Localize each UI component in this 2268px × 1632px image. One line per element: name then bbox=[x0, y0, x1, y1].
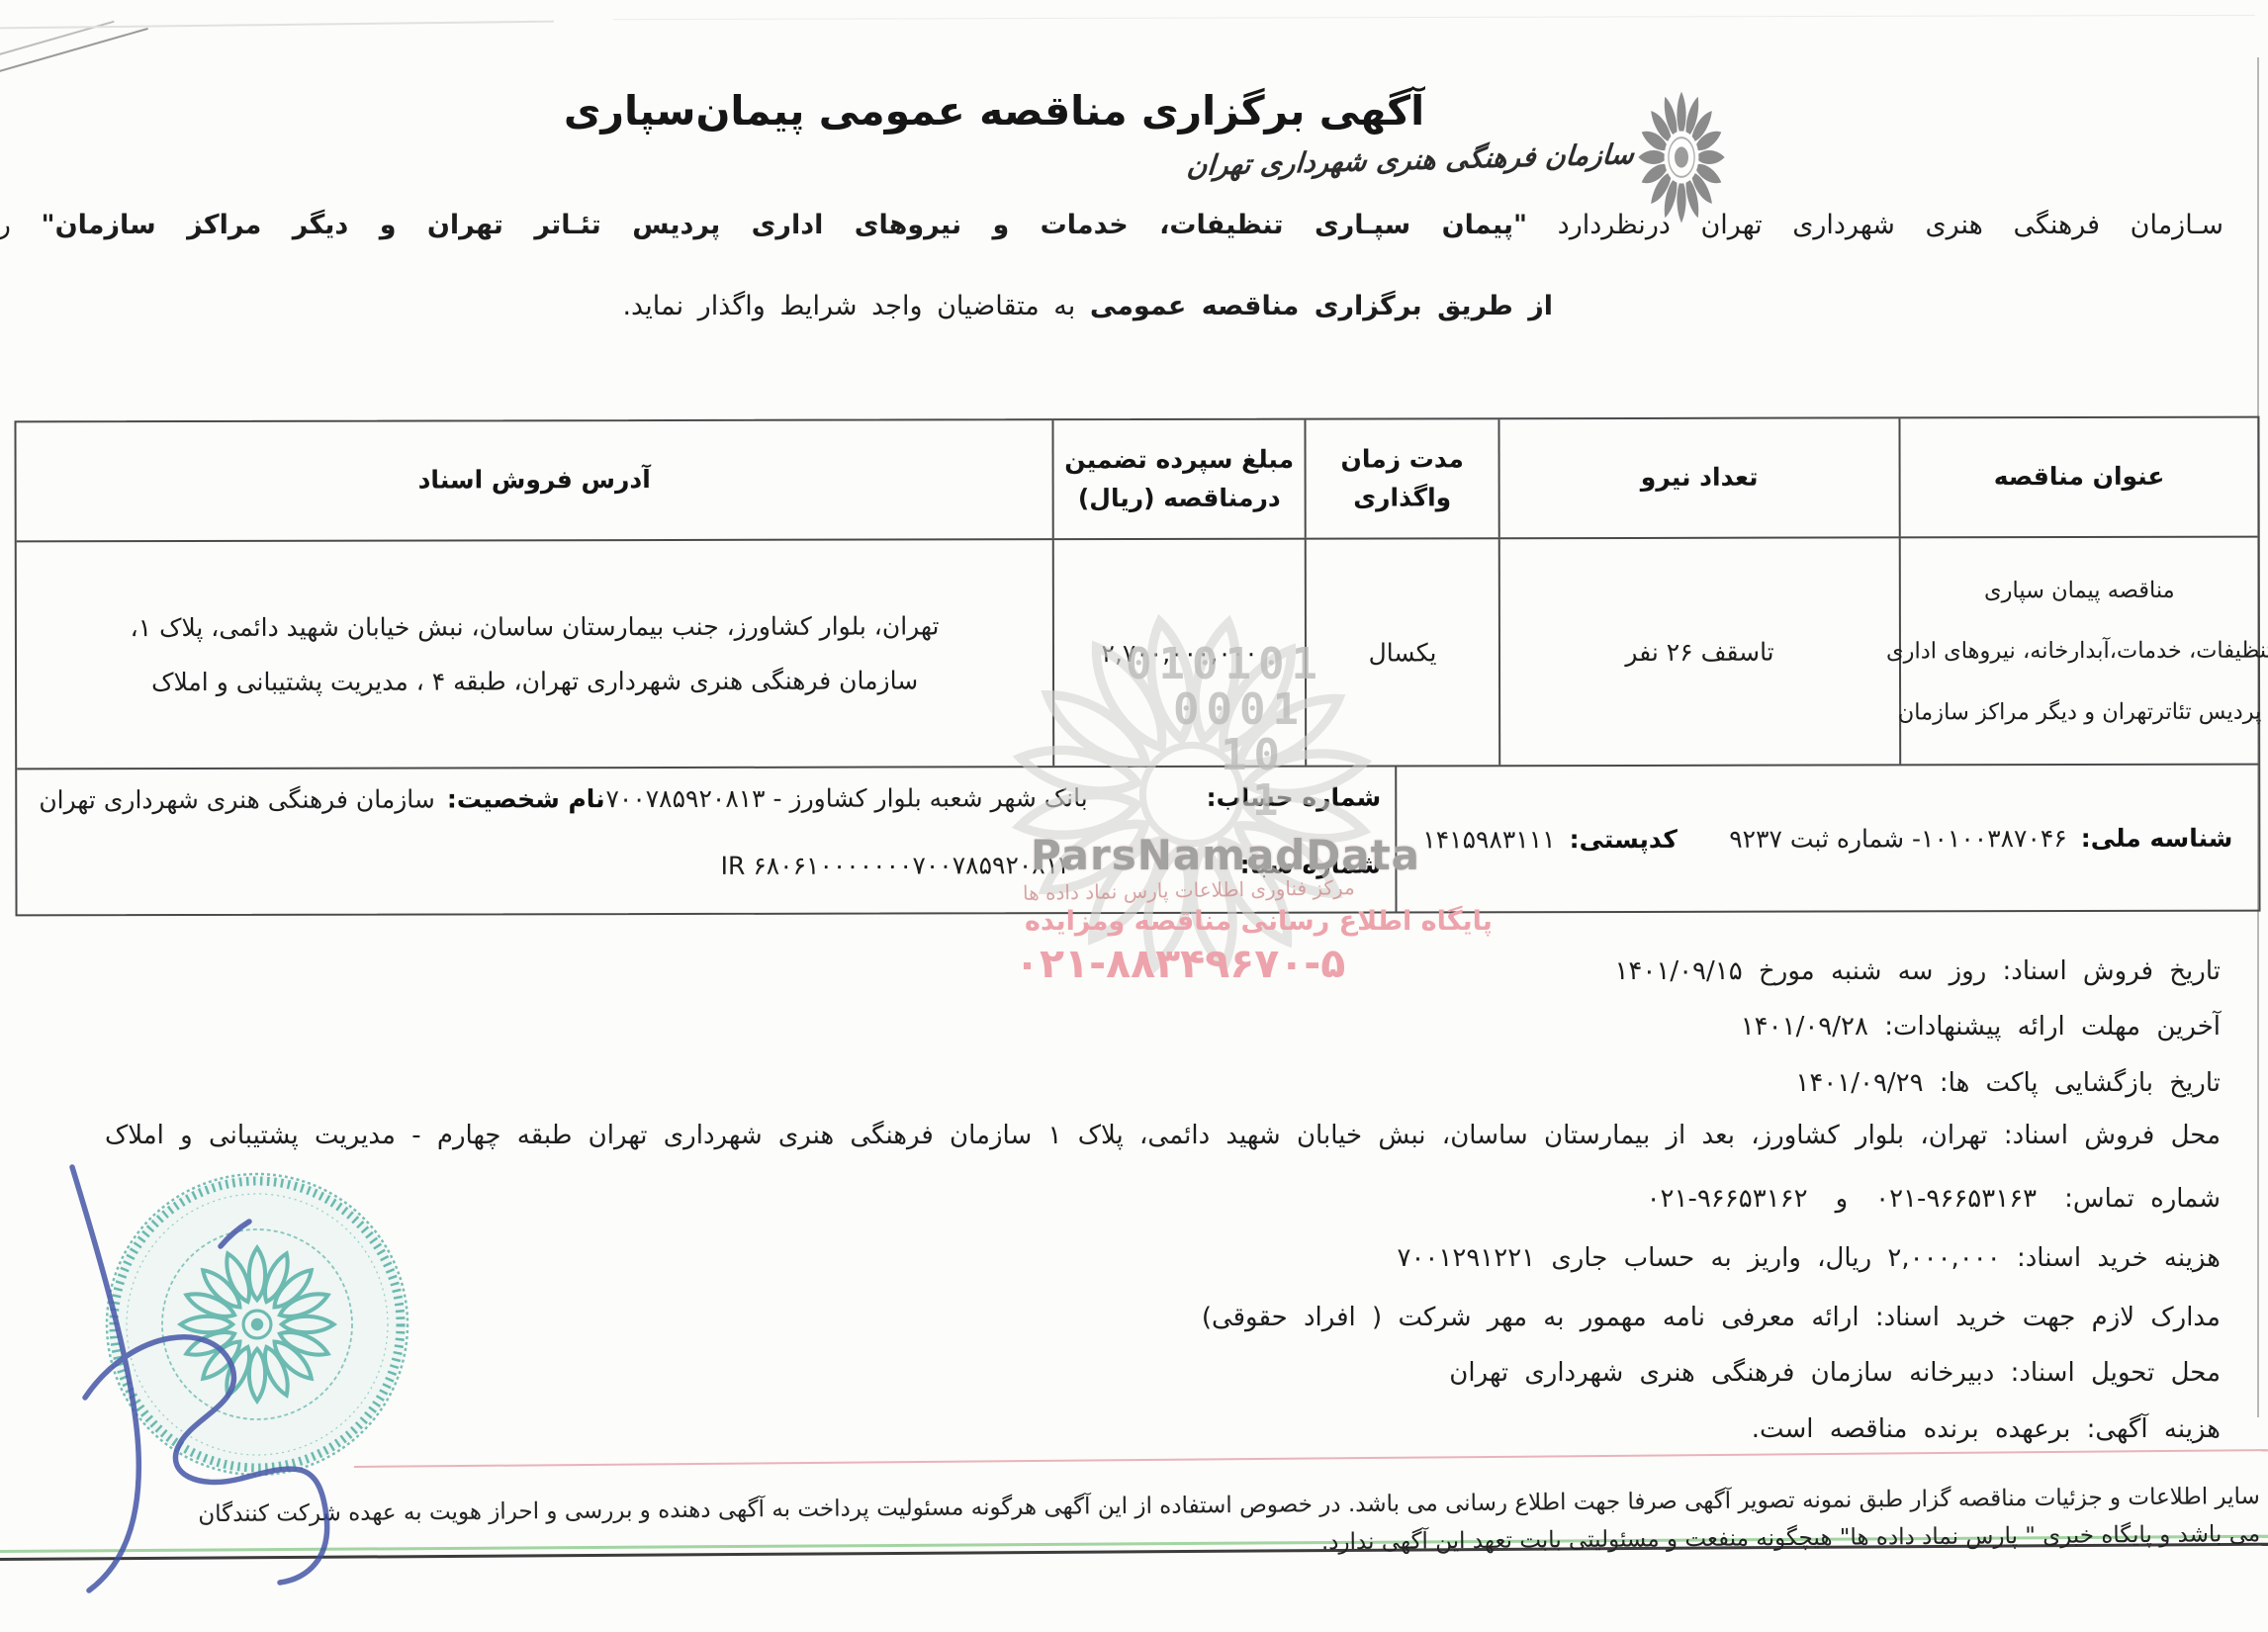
national-id: شناسه ملی: ۱۰۱۰۰۳۸۷۰۴۶- شماره ثبت ۹۲۳۷ bbox=[1729, 823, 2232, 853]
contact-conjunction: و bbox=[1836, 1177, 1849, 1221]
table-data-row: مناقصه پیمان سپاری تنظیفات، خدمات،آبدارخ… bbox=[17, 538, 2258, 771]
cell-duration: یکسال bbox=[1305, 539, 1498, 765]
account-number-label: شماره حساب: bbox=[1207, 782, 1382, 811]
table-footer-row: شناسه ملی: ۱۰۱۰۰۳۸۷۰۴۶- شماره ثبت ۹۲۳۷ ک… bbox=[17, 766, 2258, 915]
scan-artifact-line bbox=[613, 15, 2255, 20]
cell-staff-count: تاسقف ۲۶ نفر bbox=[1498, 538, 1899, 765]
detail-delivery-location: محل تحویل اسناد: دبیرخانه سازمان فرهنگی … bbox=[1449, 1351, 2221, 1395]
contact-phone-1: ۰۲۱-۹۶۶۵۳۱۶۳ bbox=[1875, 1177, 2037, 1221]
sheba-value: IR ۶۸۰۶۱۰۰۰۰۰۰۰۷۰۰۷۸۵۹۲۰۸۱۳ bbox=[721, 851, 1072, 880]
contact-phone-2: ۰۲۱-۹۶۶۵۳۱۶۲ bbox=[1647, 1177, 1808, 1221]
postal-code-value: ۱۴۱۵۹۸۳۱۱۱ bbox=[1422, 825, 1555, 854]
national-id-label: شناسه ملی: bbox=[2081, 823, 2233, 852]
docs-address-line: تهران، بلوار کشاورز، جنب بیمارستان ساسان… bbox=[131, 611, 940, 642]
official-stamp-and-signature: سازمان فرهنگی هنری شهرداری تهران bbox=[28, 1126, 497, 1598]
table-header-row: عنوان مناقصه تعداد نیرو مدت زمان واگذاری… bbox=[16, 418, 2257, 543]
intro-line1-bold: "پیمان سپـاری تنظیفات، خدمات و نیروهای ا… bbox=[42, 210, 1528, 240]
intro-line2-bold: از طریق برگزاری مناقصه عمومی bbox=[1090, 291, 1553, 321]
contact-label: شماره تماس: bbox=[2064, 1177, 2221, 1221]
cell-docs-address: تهران، بلوار کشاورز، جنب بیمارستان ساسان… bbox=[17, 540, 1053, 768]
account-number: شماره حساب: بانک شهر شعبه بلوار کشاورز -… bbox=[605, 782, 1381, 813]
detail-purchase-cost: هزینه خرید اسناد: ۲,۰۰۰,۰۰۰ ریال، واریز … bbox=[1398, 1236, 2222, 1280]
footer-bank-cell: شماره حساب: بانک شهر شعبه بلوار کشاورز -… bbox=[17, 767, 1395, 914]
intro-line-2: از طریق برگزاری مناقصه عمومی به متقاضیان… bbox=[682, 291, 1553, 321]
account-number-value: بانک شهر شعبه بلوار کشاورز - ۷۰۰۷۸۵۹۲۰۸۱… bbox=[605, 783, 1087, 813]
intro-line-1: سـازمان فرهنگی هنری شهرداری تهران درنظرد… bbox=[0, 210, 2223, 240]
detail-sale-date: تاریخ فروش اسناد: روز سه شنبه مورخ ۱۴۰۱/… bbox=[1614, 950, 2221, 993]
page-title: آگهی برگزاری مناقصه عمومی پیمان‌سپاری bbox=[554, 87, 1434, 135]
detail-deadline: آخرین مهلت ارائه پیشنهادات: ۱۴۰۱/۰۹/۲۸ bbox=[1741, 1005, 2221, 1048]
intro-line1-post: را به مشروح ذیل bbox=[0, 210, 42, 240]
national-id-value: ۱۰۱۰۰۳۸۷۰۴۶- شماره ثبت ۹۲۳۷ bbox=[1729, 824, 2067, 854]
org-wordmark-calligraphy: سازمان فرهنگی هنری شهرداری تهران bbox=[1275, 137, 1635, 205]
tender-title-line: تنظیفات، خدمات،آبدارخانه، نیروهای اداری bbox=[1886, 638, 2268, 665]
header-duration: مدت زمان واگذاری bbox=[1305, 419, 1498, 537]
intro-line1-pre: سـازمان فرهنگی هنری شهرداری تهران درنظرد… bbox=[1527, 210, 2223, 240]
docs-address-line: سازمان فرهنگی هنری شهرداری تهران، طبقه ۴… bbox=[151, 666, 918, 696]
footer-bank-line1: شماره حساب: بانک شهر شعبه بلوار کشاورز -… bbox=[17, 782, 1395, 814]
org-flower-logo-icon bbox=[1634, 85, 1729, 229]
postal-code: کدپستی: ۱۴۱۵۹۸۳۱۱۱ bbox=[1422, 824, 1678, 854]
postal-code-label: کدپستی: bbox=[1570, 824, 1678, 853]
header-tender-title: عنوان مناقصه bbox=[1898, 418, 2257, 537]
detail-opening-date: تاریخ بازگشایی پاکت ها: ۱۴۰۱/۰۹/۲۹ bbox=[1795, 1061, 2221, 1105]
detail-ad-cost: هزینه آگهی: برعهده برنده مناقصه است. bbox=[1752, 1407, 2221, 1451]
watermark-phone: ۰۲۱-۸۸۳۴۹۶۷۰-۵ bbox=[1015, 940, 1345, 987]
scan-artifact-line bbox=[0, 21, 554, 29]
header-staff-count: تعداد نیرو bbox=[1498, 418, 1899, 537]
footer-bank-line2: شماره شبا: IR ۶۸۰۶۱۰۰۰۰۰۰۰۷۰۰۷۸۵۹۲۰۸۱۳ bbox=[707, 850, 1396, 879]
header-deposit: مبلغ سپرده تضمین درمناقصه (ریال) bbox=[1052, 420, 1305, 539]
detail-contact: شماره تماس: ۰۲۱-۹۶۶۵۳۱۶۳ و ۰۲۱-۹۶۶۵۳۱۶۲ bbox=[1647, 1177, 2221, 1221]
cell-tender-title: مناقصه پیمان سپاری تنظیفات، خدمات،آبدارخ… bbox=[1899, 538, 2258, 765]
scan-artifact-line bbox=[0, 28, 148, 77]
entity-name-label: نام شخصیت: bbox=[447, 784, 605, 813]
entity-name-value: سازمان فرهنگی هنری شهرداری تهران bbox=[39, 784, 435, 814]
divider-pink-line bbox=[354, 1449, 2268, 1468]
footer-ids-cell: شناسه ملی: ۱۰۱۰۰۳۸۷۰۴۶- شماره ثبت ۹۲۳۷ ک… bbox=[1395, 766, 2258, 912]
detail-required-docs: مدارک لازم جهت خرید اسناد: ارائه معرفی ن… bbox=[1202, 1296, 2221, 1339]
sheba-label: شماره شبا: bbox=[1240, 850, 1382, 878]
tender-table: عنوان مناقصه تعداد نیرو مدت زمان واگذاری… bbox=[14, 416, 2260, 917]
tender-title-line: مناقصه پیمان سپاری bbox=[1984, 577, 2175, 602]
round-stamp-icon: سازمان فرهنگی هنری شهرداری تهران bbox=[107, 1174, 408, 1475]
intro-line2-rest: به متقاضیان واجد شرایط واگذار نماید. bbox=[622, 291, 1089, 321]
header-docs-address: آدرس فروش اسناد bbox=[17, 420, 1052, 540]
entity-name: نام شخصیت: سازمان فرهنگی هنری شهرداری ته… bbox=[39, 784, 604, 814]
cell-deposit-amount: ۲,۷۰۰,۰۰۰,۰۰۰ bbox=[1052, 540, 1305, 767]
tender-title-line: پردیس تئاترتهران و دیگر مراکز سازمان bbox=[1898, 698, 2262, 725]
scanned-tender-document: سازمان فرهنگی هنری شهرداری تهران آگهی بر… bbox=[0, 0, 2268, 1632]
